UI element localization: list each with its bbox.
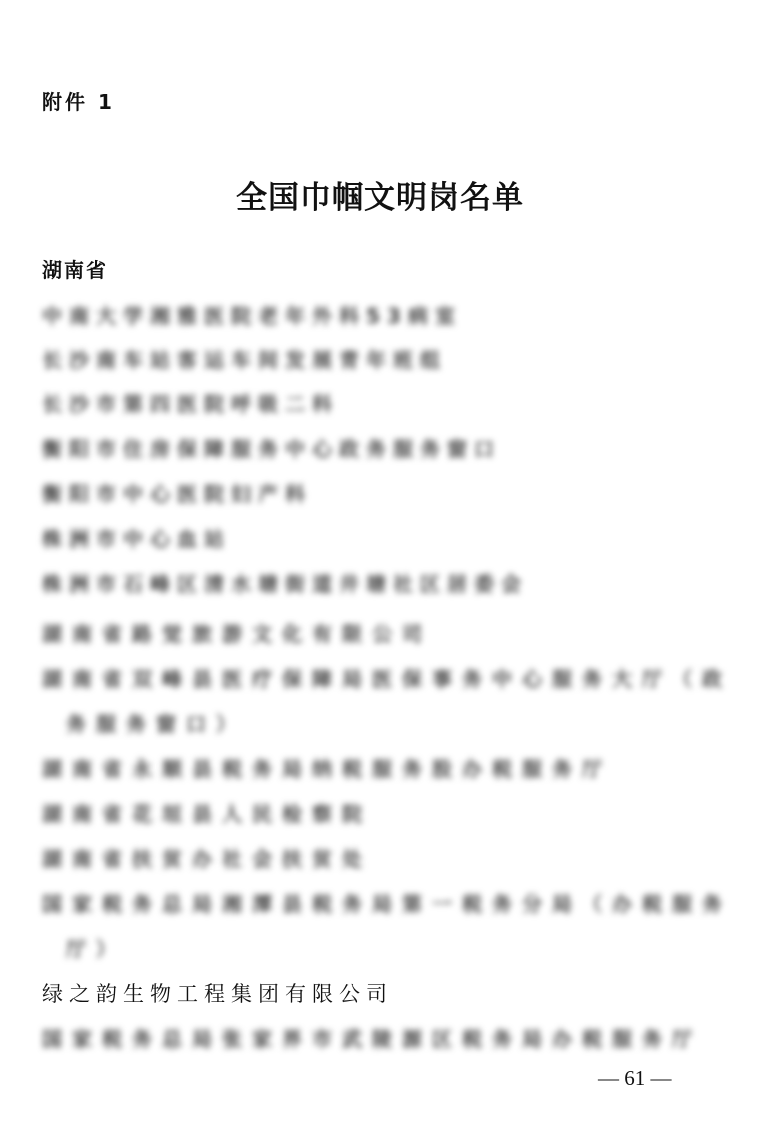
attachment-label: 附件 1 [42, 86, 115, 115]
list-item: 长沙市第四医院呼吸二科 [42, 388, 339, 417]
list-item: 中南大学湘雅医院老年外科53病室 [42, 300, 462, 329]
list-item: 国家税务总局湘潭县税务局第一税务分局（办税服务 [42, 888, 732, 917]
list-item: 株洲市石峰区清水塘街道井塘社区居委会 [42, 568, 528, 597]
list-item: 株洲市中心血站 [42, 523, 231, 552]
page-title: 全国巾帼文明岗名单 [0, 172, 760, 217]
section-heading-hunan: 湖南省 [42, 254, 108, 283]
list-item: 湖南省路觉旅游文化有限公司 [42, 618, 432, 647]
list-item: 长沙南车站客运车间发展青年班组 [42, 344, 447, 373]
list-item: 湖南省花垣县人民检察院 [42, 798, 372, 827]
page-number: — 61 — [598, 1066, 672, 1091]
list-item: 绿之韵生物工程集团有限公司 [42, 978, 393, 1008]
list-item: 衡阳市中心医院妇产科 [42, 478, 312, 507]
list-item: 衡阳市住房保障服务中心政务服务窗口 [42, 433, 501, 462]
list-item: 湖南省双峰县医疗保障局医保事务中心服务大厅（政 [42, 663, 732, 692]
list-item-continuation: 务服务窗口） [66, 708, 246, 737]
list-item-continuation: 厅） [66, 933, 126, 962]
list-item: 国家税务总局张家界市武陵源区税务局办税服务厅 [42, 1023, 702, 1052]
list-item: 湖南省扶贫办社会扶贫处 [42, 843, 372, 872]
list-item: 湖南省永顺县税务局纳税服务股办税服务厅 [42, 753, 612, 782]
